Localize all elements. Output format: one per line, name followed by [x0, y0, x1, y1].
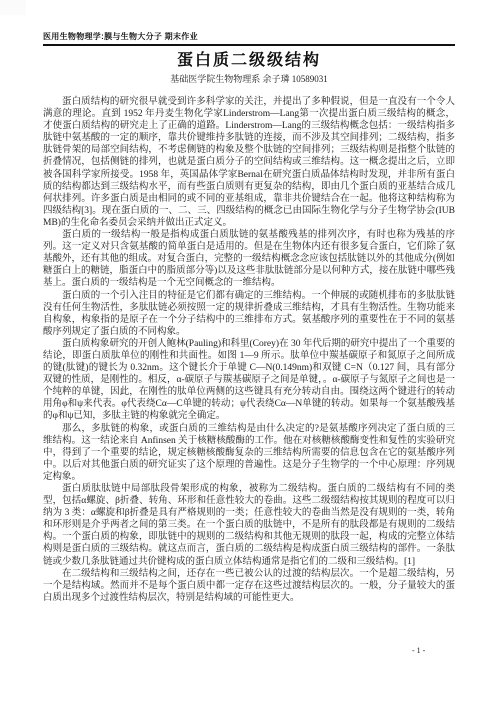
paragraph-intro-structure-levels: 蛋白质结构的研究很早就受到许多科学家的关注，并提出了多种假说，但是一直没有一个令… [43, 96, 455, 229]
paragraph-pauling-corey-peptide-unit: 蛋白质构象研究的开创人鲍林(Pauling)和科里(Corey)在 30 年代后… [43, 338, 455, 423]
paragraph-three-dimensional-structure: 蛋白质的一个引入注目的特征是它们都有确定的三维结构。一个伸展的或随机排布的多肽肽… [43, 290, 455, 338]
running-header: 医用生物物理学:膜与生物大分子 期末作业 [43, 32, 455, 46]
page-number: - 1 - [412, 646, 425, 656]
paragraph-primary-structure: 蛋白质的一级结构一般是指构成蛋白质肽链的氨基酸残基的排列次序，有时也称为残基的序… [43, 229, 455, 289]
scan-corner-artifact [0, 0, 26, 15]
paragraph-anfinsen-sequence: 那么，多肽链的构象，或蛋白质的三维结构是由什么决定的?是氨基酸序列决定了蛋白质的… [43, 423, 455, 483]
page-title: 蛋白质二级级结构 [43, 52, 455, 70]
paragraph-supersecondary-domains: 在二级结构和三级结构之间，还存在一些已被公认的过渡的结构层次。一个是超二级结构，… [43, 568, 455, 604]
document-page: { "colors": { "page_background": "#fffff… [0, 0, 496, 702]
document-content: 医用生物物理学:膜与生物大分子 期末作业 蛋白质二级级结构 基础医学院生物物理系… [43, 32, 455, 604]
author-byline: 基础医学院生物物理系 余子璘 10589031 [43, 74, 455, 85]
paragraph-secondary-structure-types: 蛋白质肽肽链中局部肽段骨架形成的构象，被称为二级结构。蛋白质的二级结构有不同的类… [43, 483, 455, 568]
body-text: 蛋白质结构的研究很早就受到许多科学家的关注，并提出了多种假说，但是一直没有一个令… [43, 96, 455, 604]
